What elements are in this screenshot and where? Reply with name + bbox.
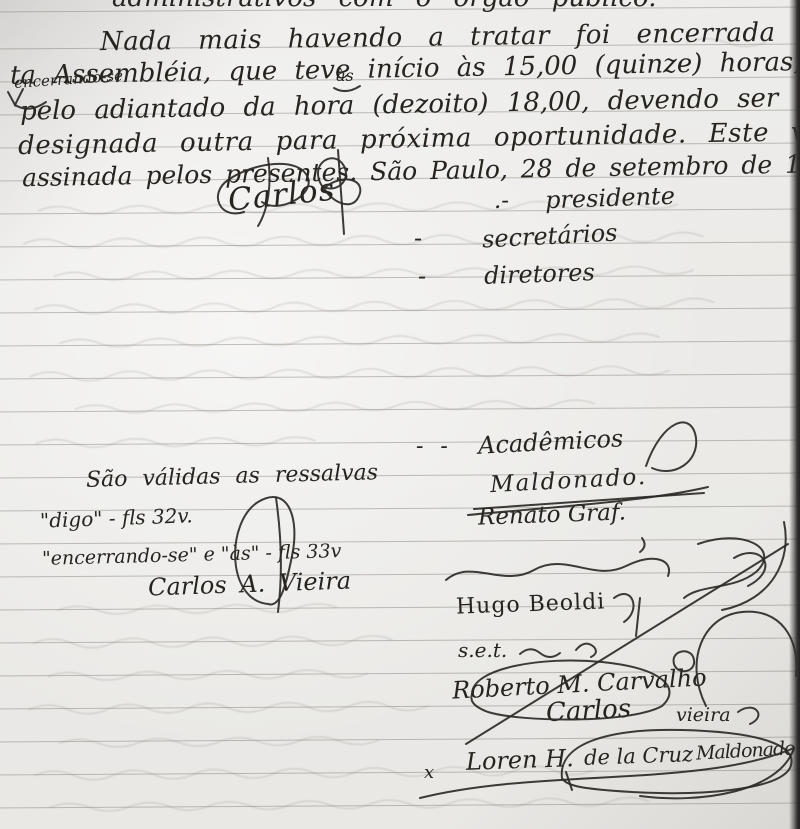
signature-suffix: vieira [676, 706, 731, 725]
inserted-word: às [336, 68, 354, 84]
signature-middle: de la Cruz [584, 744, 694, 769]
officer-dash: .- [494, 190, 509, 213]
officer-dash: - [418, 264, 426, 288]
manuscript-line: administrativos com o órgão público. [112, 0, 657, 11]
signature: Renato Graf. [478, 501, 627, 529]
officer-label: presidente [545, 184, 676, 213]
signature: Hugo Beoldi [456, 591, 606, 618]
attestation-group-label: Acadêmicos [477, 426, 623, 458]
signature-surname: Maldonado [696, 739, 795, 763]
attestation-dashes: - - [416, 436, 448, 458]
signature: Loren H. [466, 746, 574, 774]
officer-label: secretários [481, 220, 618, 251]
correction-note: "digo" - fls 32v. [40, 505, 193, 530]
page-edge-shadow [789, 0, 800, 829]
officer-label: diretores [484, 260, 596, 288]
signature: Carlos [545, 696, 631, 726]
bottom-mark: x [424, 764, 434, 782]
signature-notary: Carlos A. Vieira [148, 568, 352, 599]
scanned-notebook-page: administrativos com o órgão público. Nad… [0, 0, 800, 829]
officer-dash: - [414, 226, 422, 250]
signature: s.e.t. [458, 640, 507, 660]
